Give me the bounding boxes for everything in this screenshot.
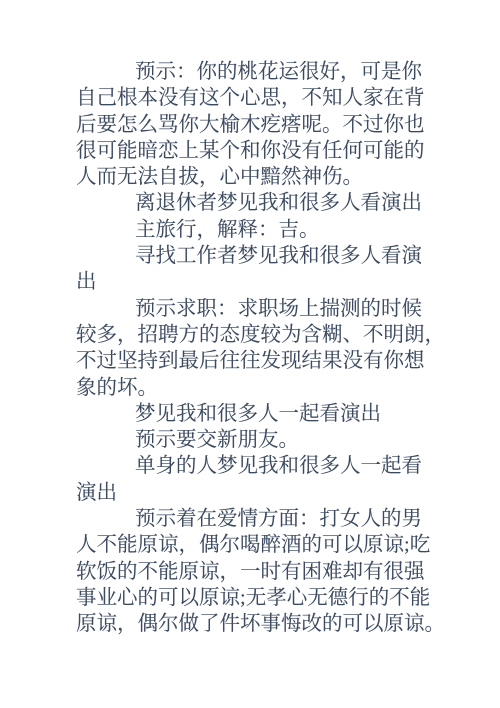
text-line: 离退休者梦见我和很多人看演出 [76,190,432,216]
text-line: 软饭的不能原谅，一时有困难却有很强 [76,559,432,585]
text-line: 原谅，偶尔做了件坏事悔改的可以原谅。 [76,611,432,637]
text-line: 梦见我和很多人一起看演出 [76,401,432,427]
document-text-block: 预示：你的桃花运很好，可是你自己根本没有这个心思，不知人家在背后要怎么骂你大榆木… [76,59,432,638]
text-line: 单身的人梦见我和很多人一起看 [76,453,432,479]
text-line: 预示求职：求职场上揣测的时候 [76,296,432,322]
text-line: 预示要交新朋友。 [76,427,432,453]
text-line: 后要怎么骂你大榆木疙瘩呢。不过你也 [76,112,432,138]
text-line: 主旅行，解释：吉。 [76,217,432,243]
text-line: 很可能暗恋上某个和你没有任何可能的 [76,138,432,164]
text-line: 自己根本没有这个心思，不知人家在背 [76,85,432,111]
text-line: 人而无法自拔，心中黯然神伤。 [76,164,432,190]
text-line: 人不能原谅，偶尔喝醉酒的可以原谅;吃 [76,532,432,558]
text-line: 不过坚持到最后往往发现结果没有你想 [76,348,432,374]
text-line: 寻找工作者梦见我和很多人看演 [76,243,432,269]
text-line: 演出 [76,480,432,506]
text-line: 出 [76,269,432,295]
text-line: 事业心的可以原谅;无孝心无德行的不能 [76,585,432,611]
text-line: 象的坏。 [76,375,432,401]
document-page: 预示：你的桃花运很好，可是你自己根本没有这个心思，不知人家在背后要怎么骂你大榆木… [0,0,500,708]
text-line: 预示：你的桃花运很好，可是你 [76,59,432,85]
text-line: 较多，招聘方的态度较为含糊、不明朗， [76,322,432,348]
text-line: 预示着在爱情方面：打女人的男 [76,506,432,532]
